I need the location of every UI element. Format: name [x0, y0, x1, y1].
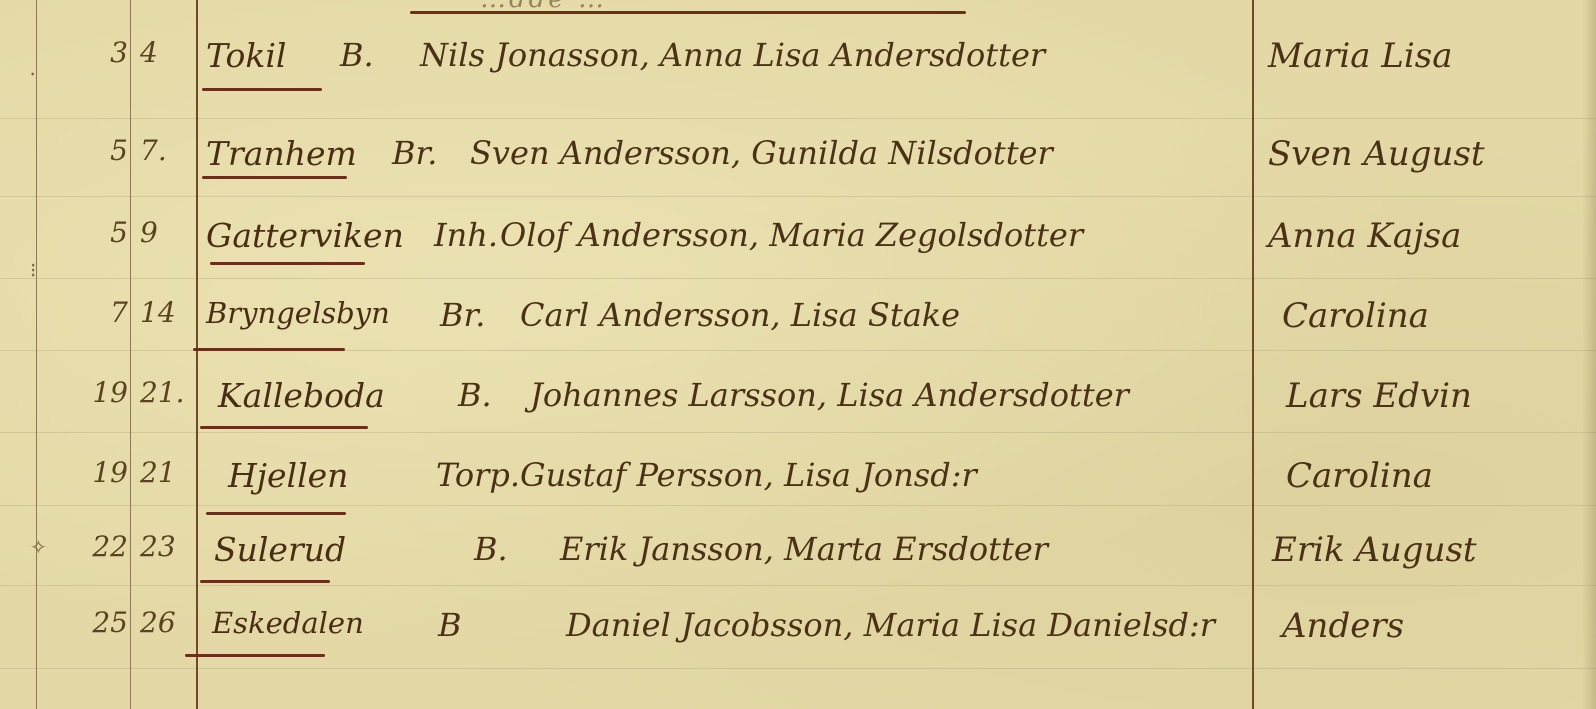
child-name: Carolina [1286, 456, 1433, 496]
birth-day: 5 [80, 216, 128, 249]
parents-names: Johannes Larsson, Lisa Andersdotter [530, 376, 1129, 414]
place-underline [206, 512, 346, 515]
baptism-day: 21 [140, 456, 192, 489]
birth-day: 7 [80, 296, 128, 329]
place-underline [185, 654, 325, 657]
register-entry: 22 23 Sulerud B. Erik Jansson, Marta Ers… [0, 530, 1596, 610]
occupation-title: B [438, 606, 462, 644]
place-name: Kalleboda [218, 376, 385, 415]
place-name: Eskedalen [212, 606, 364, 640]
register-page: …dde … ⸱ ⁝ ✧ 3 4 Tokil B. Nils Jonasson,… [0, 0, 1596, 709]
parents-names: Olof Andersson, Maria Zegolsdotter [500, 216, 1083, 254]
register-entry: 5 9 Gatterviken Inh. Olof Andersson, Mar… [0, 216, 1596, 296]
place-underline [193, 348, 345, 351]
parents-names: Erik Jansson, Marta Ersdotter [560, 530, 1048, 568]
baptism-day: 9 [140, 216, 192, 249]
birth-day: 5 [80, 134, 128, 167]
baptism-day: 23 [140, 530, 192, 563]
place-name: Gatterviken [206, 216, 404, 255]
child-name: Carolina [1282, 296, 1429, 336]
ruled-line [0, 118, 1596, 119]
parents-names: Sven Andersson, Gunilda Nilsdotter [470, 134, 1053, 172]
place-name: Sulerud [214, 530, 346, 569]
occupation-title: B. [340, 36, 374, 74]
child-name: Anders [1282, 606, 1404, 646]
register-entry: 7 14 Bryngelsbyn Br. Carl Andersson, Lis… [0, 296, 1596, 376]
child-name: Maria Lisa [1268, 36, 1452, 76]
place-underline [202, 176, 347, 179]
parents-names: Gustaf Persson, Lisa Jonsd:r [520, 456, 977, 494]
place-name: Hjellen [228, 456, 348, 495]
baptism-day: 21. [140, 376, 192, 409]
birth-day: 3 [80, 36, 128, 69]
child-name: Lars Edvin [1286, 376, 1472, 416]
header-underline [410, 11, 966, 14]
birth-day: 22 [80, 530, 128, 563]
place-name: Tokil [206, 36, 286, 75]
place-name: Tranhem [206, 134, 357, 173]
baptism-day: 7. [140, 134, 192, 167]
place-name: Bryngelsbyn [206, 296, 390, 330]
register-entry: 25 26 Eskedalen B Daniel Jacobsson, Mari… [0, 606, 1596, 686]
register-entry: 19 21 Hjellen Torp. Gustaf Persson, Lisa… [0, 456, 1596, 536]
register-entry: 5 7. Tranhem Br. Sven Andersson, Gunilda… [0, 134, 1596, 214]
occupation-title: B. [474, 530, 508, 568]
parents-names: Daniel Jacobsson, Maria Lisa Danielsd:r [566, 606, 1215, 644]
baptism-day: 4 [140, 36, 192, 69]
place-underline [210, 262, 365, 265]
child-name: Erik August [1272, 530, 1477, 570]
child-name: Sven August [1268, 134, 1485, 174]
occupation-title: Br. [440, 296, 485, 334]
birth-day: 19 [80, 456, 128, 489]
register-entry: 3 4 Tokil B. Nils Jonasson, Anna Lisa An… [0, 36, 1596, 116]
child-name: Anna Kajsa [1268, 216, 1461, 256]
occupation-title: Torp. [436, 456, 520, 494]
place-underline [202, 88, 322, 91]
baptism-day: 26 [140, 606, 192, 639]
register-entry: 19 21. Kalleboda B. Johannes Larsson, Li… [0, 376, 1596, 456]
occupation-title: Br. [392, 134, 437, 172]
birth-day: 19 [80, 376, 128, 409]
birth-day: 25 [80, 606, 128, 639]
place-underline [200, 580, 330, 583]
baptism-day: 14 [140, 296, 192, 329]
parents-names: Nils Jonasson, Anna Lisa Andersdotter [420, 36, 1045, 74]
occupation-title: Inh. [434, 216, 498, 254]
parents-names: Carl Andersson, Lisa Stake [520, 296, 960, 334]
place-underline [200, 426, 368, 429]
occupation-title: B. [458, 376, 492, 414]
